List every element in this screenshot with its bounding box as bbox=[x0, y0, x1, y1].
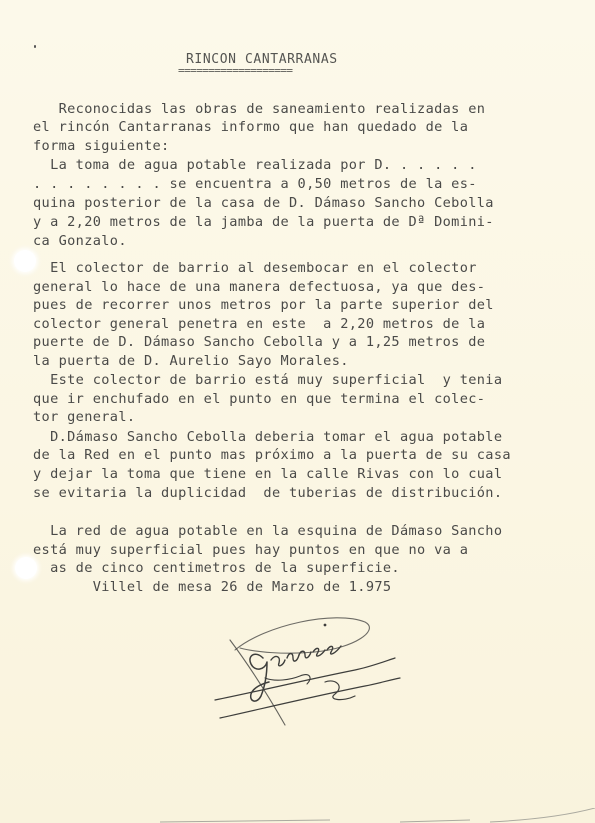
text-line: puerte de D. Dámaso Sancho Cebolla y a 1… bbox=[33, 333, 485, 351]
text-line: y dejar la toma que tiene en la calle Ri… bbox=[33, 465, 502, 483]
text-line: Villel de mesa 26 de Marzo de 1.975 bbox=[33, 578, 391, 596]
text-line: que ir enchufado en el punto en que term… bbox=[33, 390, 485, 408]
title-underline: =================== bbox=[178, 67, 292, 75]
text-line: Este colector de barrio está muy superfi… bbox=[33, 371, 502, 389]
text-line: la puerta de D. Aurelio Sayo Morales. bbox=[33, 352, 349, 370]
text-line: de la Red en el punto mas próximo a la p… bbox=[33, 446, 511, 464]
text-line: está muy superficial pues hay puntos en … bbox=[33, 541, 468, 559]
text-line: se evitaria la duplicidad de tuberias de… bbox=[33, 484, 502, 502]
text-line: general lo hace de una manera defectuosa… bbox=[33, 278, 485, 296]
text-line: El colector de barrio al desembocar en e… bbox=[33, 259, 477, 277]
text-line: as de cinco centimetros de la superficie… bbox=[33, 559, 400, 577]
text-line: tor general. bbox=[33, 408, 135, 426]
text-line: Reconocidas las obras de saneamiento rea… bbox=[33, 100, 485, 118]
bottom-edge-marks bbox=[0, 808, 595, 823]
paper-page: RINCON CANTARRANAS =================== R… bbox=[0, 0, 595, 823]
text-line: pues de recorrer unos metros por la part… bbox=[33, 296, 494, 314]
text-line: colector general penetra en este a 2,20 … bbox=[33, 315, 485, 333]
text-line: . . . . . . . . se encuentra a 0,50 metr… bbox=[33, 175, 477, 193]
punch-hole-lower bbox=[15, 557, 37, 579]
text-line: La red de agua potable en la esquina de … bbox=[33, 522, 502, 540]
text-line: y a 2,20 metros de la jamba de la puerta… bbox=[33, 213, 494, 231]
text-line: La toma de agua potable realizada por D.… bbox=[33, 156, 477, 174]
signature bbox=[195, 600, 415, 730]
ink-speck bbox=[34, 45, 36, 48]
text-line: el rincón Cantarranas informo que han qu… bbox=[33, 118, 468, 136]
punch-hole-upper bbox=[14, 250, 36, 272]
text-line: quina posterior de la casa de D. Dámaso … bbox=[33, 194, 494, 212]
text-line: ca Gonzalo. bbox=[33, 232, 127, 250]
text-line: D.Dámaso Sancho Cebolla deberia tomar el… bbox=[33, 428, 502, 446]
text-line: forma siguiente: bbox=[33, 137, 170, 155]
